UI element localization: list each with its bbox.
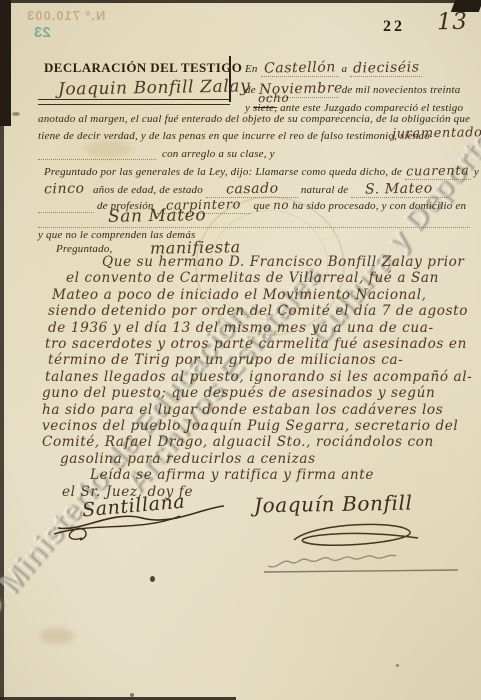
statement-line: de 1936 y el día 13 del mismo mes ya a u… [48,320,476,336]
scan-edge-top [0,0,481,3]
statement-line: el convento de Carmelitas de Villarreal,… [66,270,476,286]
statement-line: Que su hermano D. Francisco Bonfill Zala… [102,254,476,270]
statement-line: guno del puesto; que después de asesinad… [42,385,476,401]
pencil-signature-illegible [264,544,464,578]
age-field-1: cuarenta [406,163,470,179]
no-word: no [273,198,289,212]
paragraph-line-4: Preguntado por las generales de la Ley, … [44,164,479,180]
judge-signature-rubric [52,492,232,542]
witness-name-handwritten: Joaquin Bonfill Zalay [58,76,251,99]
closing-line-1: Leída se afirma y ratifica y firma ante [90,467,476,483]
bleedthrough-stamp-number: 23 [34,24,51,41]
statement-line: siendo detenido por orden del Comité el … [48,303,476,319]
statement-line: vecinos del pueblo Joaquín Puig Segarra,… [42,418,476,434]
sworn-word: juramentado [392,125,481,142]
estado-field: casado [225,181,278,198]
scan-edge-left-thin [0,120,4,700]
scanned-document-page: © Ministerio de Educación, Archivos Esta… [0,0,481,700]
paragraph-line-2: tiene de decir verdad, y de las penas en… [38,130,430,142]
statement-line: ha sido para el lugar donde estaban los … [42,402,476,418]
natural-de-field: S. Mateo [365,180,433,197]
paper-speck [150,576,155,582]
paragraph-line-1: anotado al margen, el cual fué enterado … [38,113,470,125]
paragraph-line-3: con arreglo a su clase, y [162,148,275,160]
page-number-typed: 22 [383,18,405,36]
domicilio-line-dots [38,226,470,228]
handwritten-statement: Que su hermano D. Francisco Bonfill Zala… [40,254,476,500]
day-field: dieciséis [353,59,420,76]
scan-edge-left-wide [0,0,11,126]
witness-signature: Joaquín Bonfill [254,491,413,518]
document-title: DECLARACIÓN DEL TESTIGO [44,60,242,76]
preamble-row-1: En Castellón a dieciséis [245,60,422,77]
paper-stain [40,628,74,644]
witness-name-underline [38,99,230,105]
paper-speck [396,664,399,667]
leader-dots-clause [38,158,156,160]
paper-stain [86,140,132,158]
domicilio-field: San Mateo [108,205,207,227]
paper-speck [12,112,20,116]
age-field-2: cinco [44,181,85,198]
statement-line: tro sacerdotes y otros parte carmelita f… [45,336,476,352]
place-field: Castellón [263,59,335,76]
statement-line: Mateo a poco de iniciado el Movimiento N… [52,287,476,303]
paragraph-line-5: cinco años de edad, de estado casado nat… [38,181,447,198]
statement-line: gasolina para reducirlos a cenizas [60,451,476,467]
statement-line: talanes llegados al puesto, ignorando si… [45,369,476,385]
bleedthrough-serial-number: N.º 710.003 [26,8,105,23]
statement-line: Comité, Rafael Drago, alguacil Sto., roc… [42,434,476,450]
page-number-handwritten: 13 [437,9,468,36]
paragraph-line-6: de profesión carpintero que no ha sido p… [38,198,466,214]
statement-line: término de Tirig por un grupo de milicia… [48,352,476,368]
